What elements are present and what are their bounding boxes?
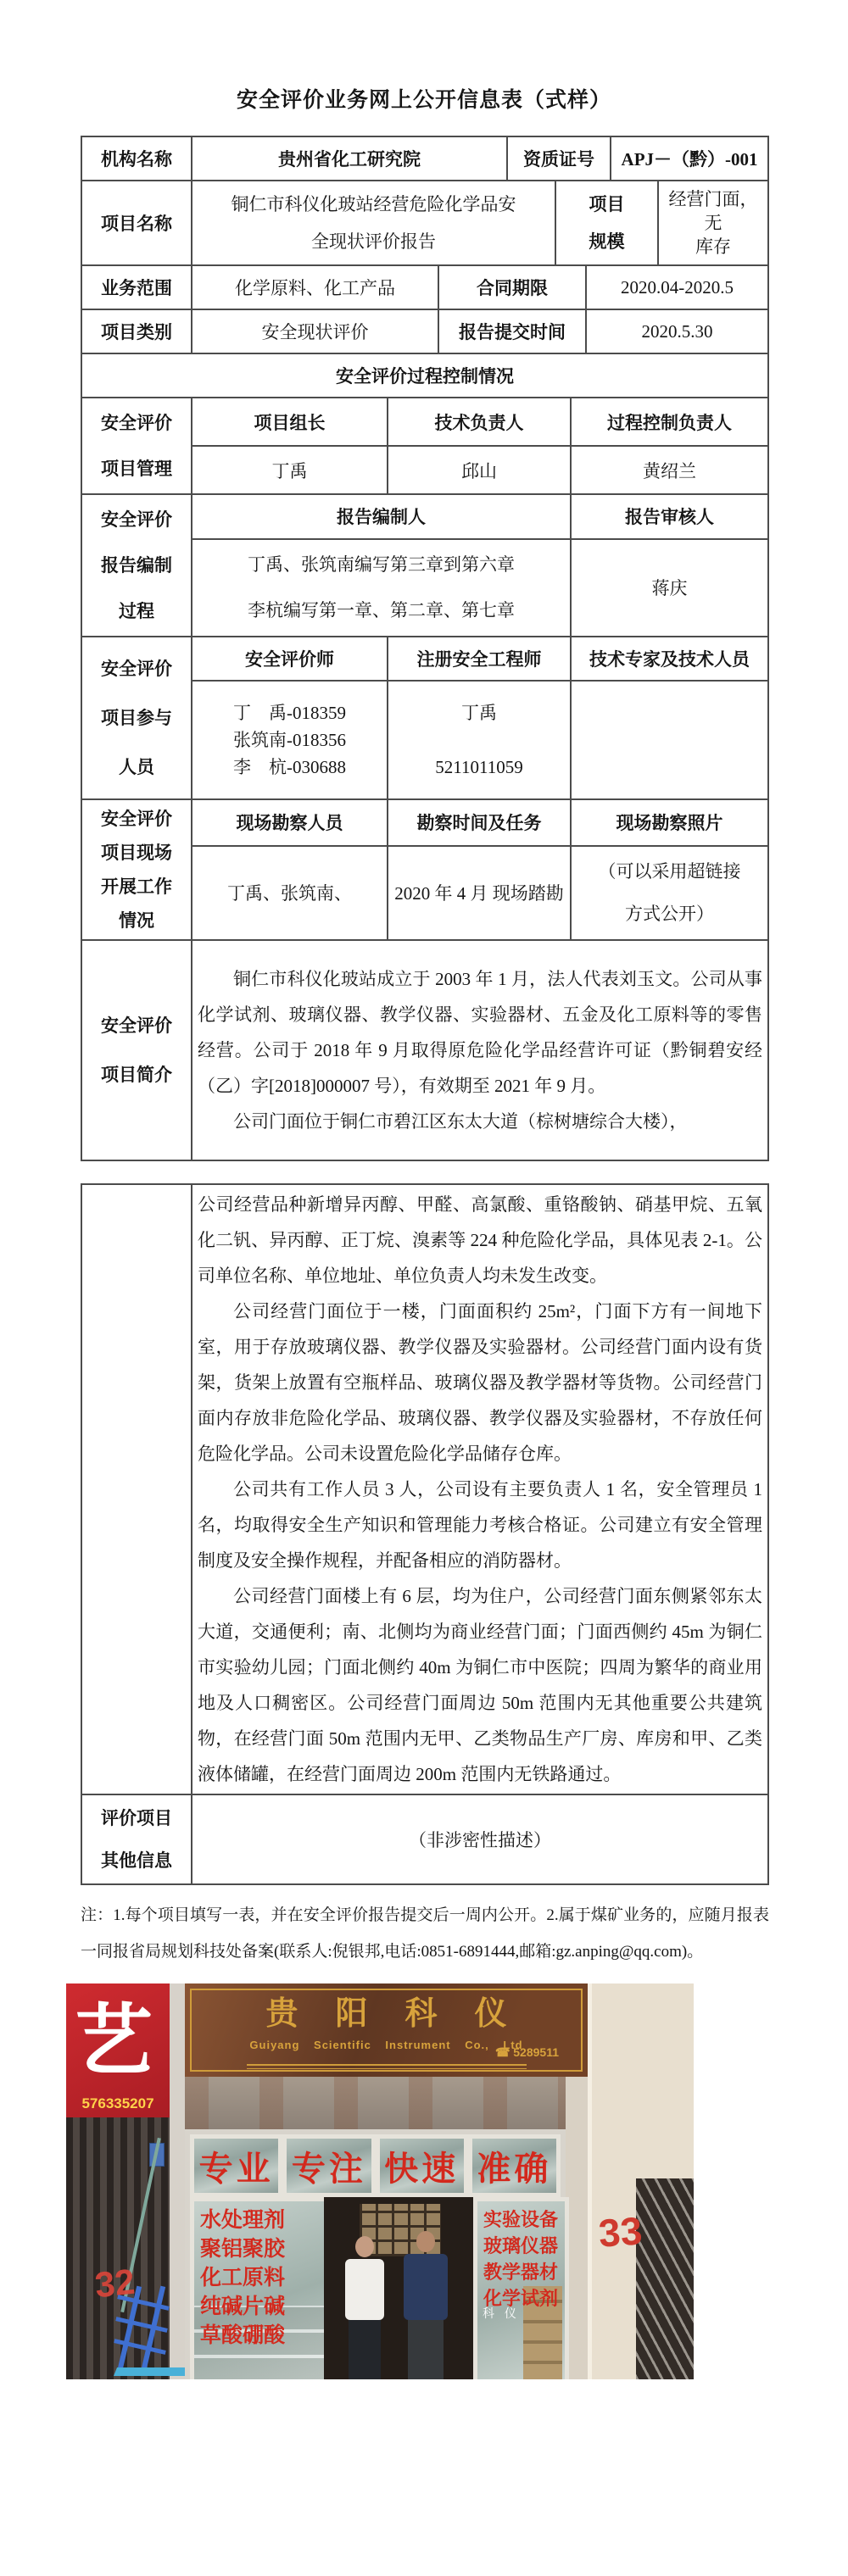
neighbor-red-sign: 艺 576335207 xyxy=(66,1983,170,2117)
left-window-product-text: 水处理剂 聚铝聚胶 化工原料 纯碱片碱 草酸硼酸 xyxy=(200,2206,285,2351)
site-block-label: 安全评价 项目现场 开展工作 情况 xyxy=(81,799,192,940)
report-time-label: 报告提交时间 xyxy=(438,309,586,353)
report-reviewer-header: 报告审核人 xyxy=(571,494,768,539)
other-info-value: （非涉密性描述） xyxy=(192,1794,768,1884)
cert-no-label: 资质证号 xyxy=(507,136,611,181)
report-time-value: 2020.5.30 xyxy=(586,309,768,353)
registered-engineer-header: 注册安全工程师 xyxy=(388,637,571,681)
intro-continued-cell: 公司经营品种新增异丙醇、甲醛、高氯酸、重铬酸钠、硝基甲烷、五氧化二钒、异丙醇、正… xyxy=(192,1184,768,1794)
storefront: 专业 专注 快速 准确 水处理剂 聚铝聚胶 化工原料 纯碱片碱 草酸硼酸 xyxy=(185,2129,566,2379)
person-torso xyxy=(404,2254,448,2320)
shop-doorway xyxy=(324,2197,473,2379)
cert-no-value: APJ－（黔）-001 xyxy=(611,136,768,181)
person-legs xyxy=(408,2320,444,2379)
report-writer-value: 丁禹、张筑南编写第三章到第六章 李杭编写第一章、第二章、第七章 xyxy=(192,539,571,637)
transom-pane: 准确 xyxy=(468,2134,561,2197)
person-head xyxy=(355,2236,374,2257)
contract-term-value: 2020.04-2020.5 xyxy=(586,265,768,309)
sign-chinese-text: 贵阳科仪 xyxy=(185,1987,588,2034)
contract-term-label: 合同期限 xyxy=(438,265,586,309)
transom-pane: 专业 xyxy=(190,2134,282,2197)
other-info-label: 评价项目 其他信息 xyxy=(81,1794,192,1884)
sign-phone-number: ☎ 5289511 xyxy=(495,2045,559,2060)
person-head xyxy=(416,2231,435,2252)
transom-pane: 专注 xyxy=(282,2134,375,2197)
business-scope-label: 业务范围 xyxy=(81,265,192,309)
info-table-page1: 机构名称 贵州省化工研究院 资质证号 APJ－（黔）-001 项目名称 铜仁市科… xyxy=(81,136,769,1161)
mgmt-tech-header: 技术负责人 xyxy=(388,398,571,446)
report-writer-header: 报告编制人 xyxy=(192,494,571,539)
metal-ladders-area xyxy=(636,2178,694,2379)
facade-wall-band xyxy=(185,2077,588,2129)
cont-paragraph-1: 公司经营品种新增异丙醇、甲醛、高氯酸、重铬酸钠、硝基甲烷、五氧化二钒、异丙醇、正… xyxy=(198,1187,762,1294)
mgmt-process-header: 过程控制负责人 xyxy=(571,398,768,446)
rust-streaks xyxy=(185,2077,588,2129)
cont-paragraph-4: 公司经营门面楼上有 6 层，均为住户，公司经营门面东侧紧邻东太大道，交通便利；南… xyxy=(198,1578,762,1792)
right-display-window: 实验设备 玻璃仪器 教学器材 化学试剂 科 仪 xyxy=(473,2197,569,2379)
neighbor-sign-character: 艺 xyxy=(75,1983,153,2090)
mgmt-block-label: 安全评价 项目管理 xyxy=(81,398,192,494)
project-type-value: 安全现状评价 xyxy=(192,309,438,353)
slogan-text: 准确 xyxy=(477,2142,551,2190)
business-scope-value: 化学原料、化工产品 xyxy=(192,265,438,309)
survey-photo-value: （可以采用超链接 方式公开） xyxy=(571,846,768,940)
project-name-label: 项目名称 xyxy=(81,181,192,265)
page-break-gap xyxy=(0,1161,848,1183)
slogan-text: 专注 xyxy=(292,2142,366,2190)
tech-expert-header: 技术专家及技术人员 xyxy=(571,637,768,681)
right-window-product-text: 实验设备 玻璃仪器 教学器材 化学试剂 xyxy=(483,2206,558,2312)
footnote-text: 注：1.每个项目填写一表，并在安全评价报告提交后一周内公开。2.属于煤矿业务的，… xyxy=(81,1897,769,1970)
report-reviewer-value: 蒋庆 xyxy=(571,539,768,637)
mgmt-process-value: 黄绍兰 xyxy=(571,446,768,494)
registered-engineer-value: 丁禹 5211011059 xyxy=(388,681,571,799)
intro-text-cell: 铜仁市科仪化玻站成立于 2003 年 1 月，法人代表刘玉文。公司从事化学试剂、… xyxy=(192,940,768,1160)
site-survey-photo: 艺 576335207 32 33 贵阳科仪 Guiyang Scientifi… xyxy=(66,1983,694,2379)
sign-underline xyxy=(247,2064,527,2069)
keyi-small-text: 科 仪 xyxy=(483,2305,520,2322)
ladder-rails xyxy=(636,2178,694,2379)
intro-paragraph-2: 公司门面位于铜仁市碧江区东太大道（棕树塘综合大楼）， xyxy=(198,1104,762,1139)
intro-paragraph-1: 铜仁市科仪化玻站成立于 2003 年 1 月，法人代表刘玉文。公司从事化学试剂、… xyxy=(198,961,762,1104)
person-white-shirt xyxy=(343,2236,387,2379)
cont-paragraph-3: 公司共有工作人员 3 人，公司设有主要负责人 1 名，安全管理员 1 名，均取得… xyxy=(198,1472,762,1578)
page-title: 安全评价业务网上公开信息表（式样） xyxy=(0,83,848,114)
info-table-page2: 公司经营品种新增异丙醇、甲醛、高氯酸、重铬酸钠、硝基甲烷、五氧化二钒、异丙醇、正… xyxy=(81,1183,769,1885)
assessor-header: 安全评价师 xyxy=(192,637,388,681)
survey-time-value: 2020 年 4 月 现场踏勘 xyxy=(388,846,571,940)
tech-expert-value xyxy=(571,681,768,799)
staff-block-label: 安全评价 项目参与 人员 xyxy=(81,637,192,799)
site-survey-staff-value: 丁禹、张筑南、 xyxy=(192,846,388,940)
project-name-value: 铜仁市科仪化玻站经营危险化学品安 全现状评价报告 xyxy=(192,181,555,265)
cont-paragraph-2: 公司经营门面位于一楼，门面面积约 25m²，门面下方有一间地下室，用于存放玻璃仪… xyxy=(198,1294,762,1472)
transom-pane: 快速 xyxy=(376,2134,468,2197)
person-navy-shirt xyxy=(402,2231,449,2379)
person-legs xyxy=(349,2320,381,2379)
intro-continued-label-empty xyxy=(81,1184,192,1794)
slogan-text: 快速 xyxy=(384,2142,459,2190)
neighbor-phone-number: 576335207 xyxy=(66,2095,170,2112)
compile-block-label: 安全评价 报告编制 过程 xyxy=(81,494,192,637)
org-name-label: 机构名称 xyxy=(81,136,192,181)
project-scale-label: 项目 规模 xyxy=(555,181,658,265)
transom-windows: 专业 专注 快速 准确 xyxy=(190,2134,561,2197)
assessor-value: 丁 禹-018359 张筑南-018356 李 杭-030688 xyxy=(192,681,388,799)
graffiti-number-33: 33 xyxy=(597,2207,644,2256)
intro-block-label: 安全评价 项目简介 xyxy=(81,940,192,1160)
person-torso xyxy=(345,2259,384,2320)
shop-signboard: 贵阳科仪 Guiyang Scientific Instrument Co., … xyxy=(185,1983,588,2077)
section-header-process-control: 安全评价过程控制情况 xyxy=(81,353,768,398)
survey-time-header: 勘察时间及任务 xyxy=(388,799,571,846)
site-survey-staff-header: 现场勘察人员 xyxy=(192,799,388,846)
left-display-window: 水处理剂 聚铝聚胶 化工原料 纯碱片碱 草酸硼酸 xyxy=(190,2197,332,2379)
org-name-value: 贵州省化工研究院 xyxy=(192,136,507,181)
project-type-label: 项目类别 xyxy=(81,309,192,353)
mgmt-tech-value: 邱山 xyxy=(388,446,571,494)
project-scale-value: 经营门面，无 库存 xyxy=(658,181,768,265)
survey-photo-header: 现场勘察照片 xyxy=(571,799,768,846)
slogan-text: 专业 xyxy=(199,2142,274,2190)
mgmt-leader-value: 丁禹 xyxy=(192,446,388,494)
mgmt-leader-header: 项目组长 xyxy=(192,398,388,446)
